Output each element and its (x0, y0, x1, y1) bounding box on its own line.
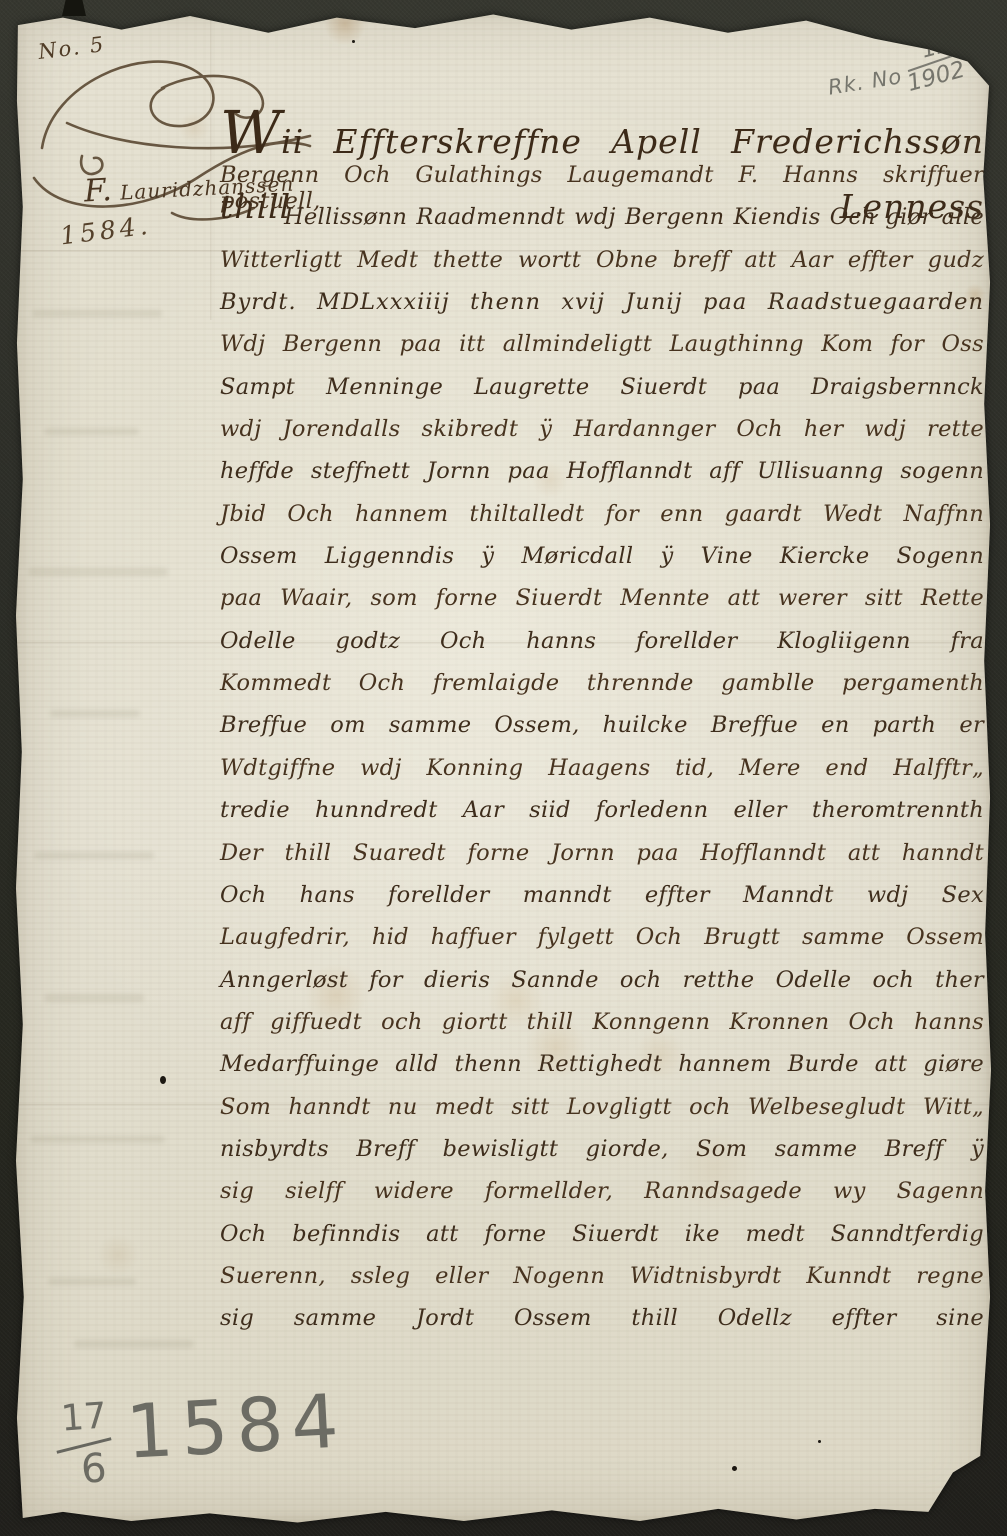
ink-speck (352, 40, 355, 43)
fold-crease (14, 1104, 992, 1107)
showthrough-mark (50, 710, 140, 717)
archive-ref-fraction: 127 1902 (902, 29, 969, 93)
ink-speck (818, 1440, 821, 1443)
showthrough-mark (48, 1278, 136, 1285)
manuscript-line: nisbyrdts Breff bewisligtt giorde, Som s… (220, 1136, 984, 1178)
manuscript-line: Som hanndt nu medt sitt Lovgligtt och We… (220, 1094, 984, 1136)
manuscript-line: sig sielff widere formellder, Ranndsaged… (220, 1178, 984, 1220)
binding-tab (62, 0, 86, 16)
showthrough-mark (30, 1136, 165, 1143)
archive-ref-denominator: 1902 (904, 57, 967, 97)
showthrough-mark (28, 568, 168, 576)
date-denominator: 6 (80, 1448, 108, 1490)
manuscript-line: Och befinndis att forne Siuerdt ike medt… (220, 1221, 984, 1263)
manuscript-line: heffde steffnett Jornn paa Hofflanndt af… (220, 458, 984, 500)
manuscript-line: Suerenn, ssleg eller Nogenn Widtnisbyrdt… (220, 1263, 984, 1305)
manuscript-line: Medarffuinge alld thenn Rettighedt hanne… (220, 1051, 984, 1093)
manuscript-line: Kommedt Och fremlaigde thrennde gamblle … (220, 670, 984, 712)
showthrough-mark (74, 1340, 194, 1348)
manuscript-line: sig samme Jordt Ossem thill Odellz effte… (220, 1305, 984, 1347)
manuscript-line: Sampt Menninge Laugrette Siuerdt paa Dra… (220, 374, 984, 416)
ink-speck (732, 1466, 737, 1471)
manuscript-line: wdj Jorendalls skibredt ÿ Hardannger Och… (220, 416, 984, 458)
manuscript-scan: No. 5 F. Lauridzhanssen 1584. Rk. No 127… (0, 0, 1007, 1536)
archive-ref-numerator: 127 (918, 27, 967, 63)
fraction-bar (56, 1437, 111, 1453)
date-fraction: 17 6 (56, 1400, 112, 1489)
showthrough-mark (44, 994, 144, 1002)
corner-number-note: No. 5 (37, 32, 107, 64)
manuscript-line: Anngerløst for dieris Sannde och retthe … (220, 967, 984, 1009)
margin-year-note: 1584. (59, 211, 153, 251)
fold-crease (14, 250, 992, 253)
date-numerator: 17 (60, 1398, 108, 1437)
fold-crease-vertical (210, 10, 213, 320)
manuscript-line: Breffue om samme Ossem, huilcke Breffue … (220, 712, 984, 754)
manuscript-line: Ossem Liggenndis ÿ Møricdall ÿ Vine Kier… (220, 543, 984, 585)
manuscript-body: Bergenn Och Gulathings Laugemandt F. Han… (220, 162, 984, 1348)
manuscript-line: Wdtgiffne wdj Konning Haagens tid, Mere … (220, 755, 984, 797)
ink-speck (160, 1076, 166, 1084)
date-year: 1584 (124, 1384, 348, 1469)
flourish-ornament (22, 28, 322, 233)
manuscript-line: paa Waair, som forne Siuerdt Mennte att … (220, 585, 984, 627)
manuscript-line: Och hans forellder manndt effter Manndt … (220, 882, 984, 924)
manuscript-line: Laugfedrir, hid haffuer fylgett Och Brug… (220, 924, 984, 966)
manuscript-line: Byrdt. MDLxxxiiij thenn xvij Junij paa R… (220, 289, 984, 331)
pencil-date-note: 17 6 1584 (56, 1390, 346, 1489)
manuscript-page: No. 5 F. Lauridzhanssen 1584. Rk. No 127… (14, 10, 992, 1524)
showthrough-mark (32, 310, 162, 317)
manuscript-line: Der thill Suaredt forne Jornn paa Hoffla… (220, 840, 984, 882)
showthrough-mark (44, 428, 139, 435)
manuscript-line: Witterligtt Medt thette wortt Obne breff… (220, 247, 984, 289)
manuscript-line: Bergenn Och Gulathings Laugemandt F. Han… (220, 162, 984, 204)
manuscript-line: Wdj Bergenn paa itt allmindeligtt Laugth… (220, 331, 984, 373)
archive-reference-note: Rk. No 127 1902 (822, 29, 968, 106)
archive-ref-prefix: Rk. No (824, 46, 904, 99)
paper-stains (14, 10, 992, 1524)
fraction-bar (908, 51, 963, 72)
manuscript-line: aff giffuedt och giortt thill Konngenn K… (220, 1009, 984, 1051)
manuscript-line: Odelle godtz Och hanns forellder Kloglii… (220, 628, 984, 670)
showthrough-mark (34, 852, 154, 859)
manuscript-line: Jbid Och hannem thiltalledt for enn gaar… (220, 501, 984, 543)
margin-name-note: F. Lauridzhanssen (83, 163, 295, 210)
manuscript-line: tredie hunndredt Aar siid forledenn elle… (220, 797, 984, 839)
fold-crease (14, 642, 992, 645)
manuscript-line: Hellissønn Raadmenndt wdj Bergenn Kiendi… (220, 204, 984, 246)
manuscript-opening-line: Wii Effterskreffne Apell Frederichssøn t… (220, 86, 984, 234)
